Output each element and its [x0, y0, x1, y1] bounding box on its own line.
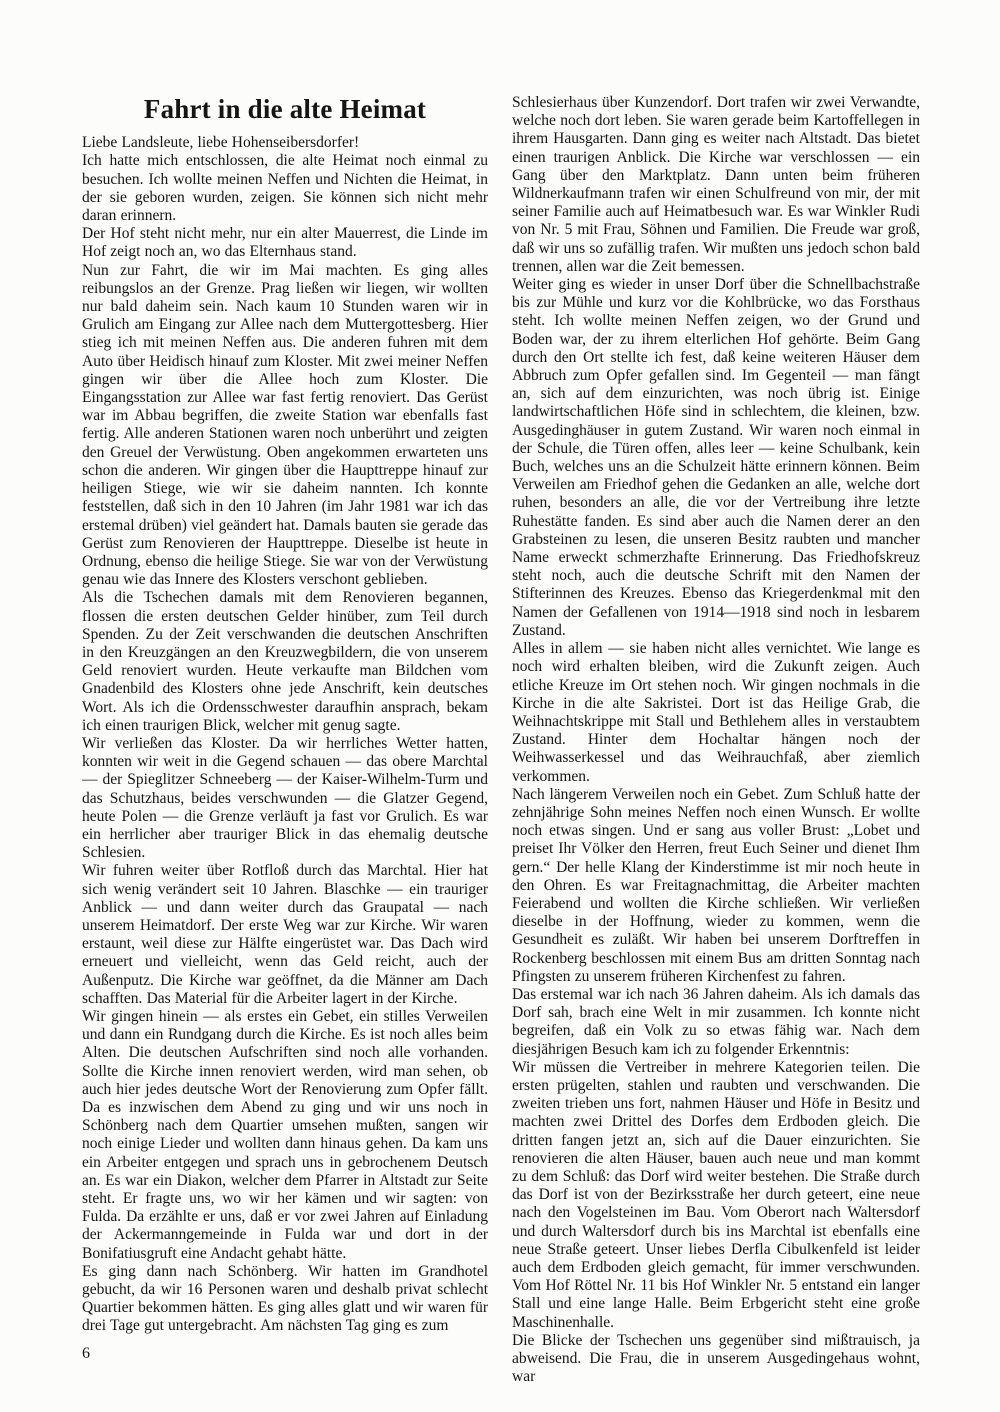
paragraph: Ich hatte mich entschlossen, die alte He…: [82, 152, 488, 225]
paragraph: Der Hof steht nicht mehr, nur ein alter …: [82, 225, 488, 261]
page-number: 6: [82, 1346, 90, 1362]
paragraph: Wir gingen hinein — als erstes ein Gebet…: [82, 1008, 488, 1263]
paragraph: Wir fuhren weiter über Rotfloß durch das…: [82, 862, 488, 1008]
article-title: Fahrt in die alte Heimat: [82, 94, 488, 124]
paragraph: Alles in allem — sie haben nicht alles v…: [512, 640, 920, 786]
left-column: Fahrt in die alte Heimat Liebe Landsleut…: [82, 94, 488, 1336]
paragraph: Weiter ging es wieder in unser Dorf über…: [512, 276, 920, 640]
scanned-document-page: Fahrt in die alte Heimat Liebe Landsleut…: [0, 0, 1000, 1412]
paragraph-salutation: Liebe Landsleute, liebe Hohenseibersdorf…: [82, 134, 488, 152]
paragraph: Als die Tschechen damals mit dem Renovie…: [82, 589, 488, 735]
paragraph: Das erstemal war ich nach 36 Jahren dahe…: [512, 986, 920, 1059]
right-column: Schlesierhaus über Kunzendorf. Dort traf…: [512, 94, 920, 1386]
paragraph: Nach längerem Verweilen noch ein Gebet. …: [512, 786, 920, 986]
paragraph: Es ging dann nach Schönberg. Wir hatten …: [82, 1263, 488, 1336]
paragraph: Wir müssen die Vertreiber in mehrere Kat…: [512, 1059, 920, 1332]
paragraph: Nun zur Fahrt, die wir im Mai machten. E…: [82, 262, 488, 590]
paragraph: Wir verließen das Kloster. Da wir herrli…: [82, 735, 488, 862]
article-body: Fahrt in die alte Heimat Liebe Landsleut…: [82, 94, 920, 1386]
paragraph: Schlesierhaus über Kunzendorf. Dort traf…: [512, 94, 920, 276]
paragraph: Die Blicke der Tschechen uns gegenüber s…: [512, 1332, 920, 1387]
